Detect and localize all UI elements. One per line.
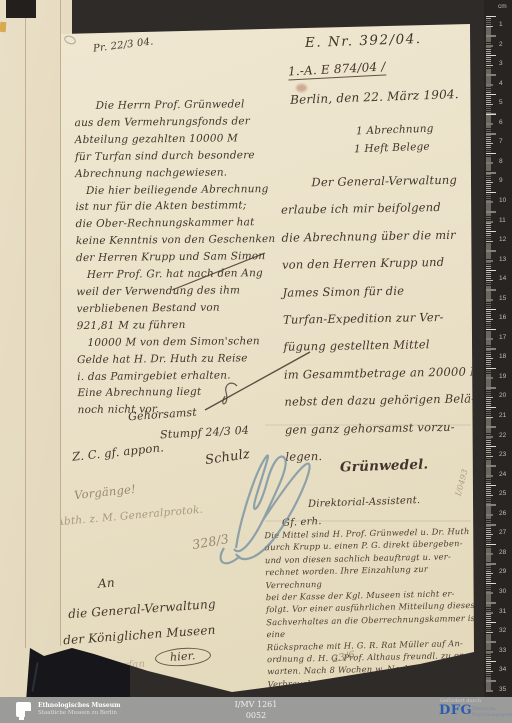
ruler-number: 32 (499, 627, 506, 634)
handwriting-line: der Herren Krupp und Sam Simon (76, 248, 281, 267)
hier-oval-mark: hier. (154, 646, 211, 668)
ruler-unit-label: cm (498, 3, 507, 10)
scanned-document-photo: { "letter": { "top_left_note": "Pr. 22/3… (0, 0, 512, 723)
handwriting-line: Turfan-Expedition zur Ver- (283, 303, 483, 334)
handwriting-line: von den Herren Krupp und (282, 248, 482, 279)
registry-number: E. Nr. 392/04. (305, 31, 422, 51)
ruler-number: 11 (499, 217, 506, 224)
schulz-signature: Schulz (204, 447, 251, 468)
handwriting-line: die Ober-Rechnungskammer hat (76, 214, 281, 233)
dfg-logo: DFG (439, 703, 472, 718)
ruler-number: 31 (499, 608, 506, 615)
binding-notch (6, 0, 36, 18)
handwriting-line: Der General-Verwaltung (280, 166, 480, 197)
approval-note: Z. C. gf. appon. (72, 440, 165, 464)
scan-number: 0052 (0, 711, 512, 720)
ruler-number: 35 (499, 686, 506, 693)
background-streak (31, 662, 38, 692)
ruler-number: 4 (499, 80, 503, 87)
letter-page: Pr. 22/3 04. E. Nr. 392/04. 1.-A. E 874/… (0, 0, 512, 723)
address-hier: hier. (155, 648, 211, 666)
gruenwedel-signature: Grünwedel. (340, 456, 429, 475)
cm-ruler: cm 1234567891011121314151617181920212223… (484, 0, 512, 700)
letter-body-text: Der General-Verwaltungerlaube ich mir be… (280, 166, 485, 471)
ruler-number: 3 (499, 60, 503, 67)
presented-note: Pr. 22/3 04. (93, 36, 155, 54)
handwriting-line: 10000 M von dem Simon'schen (77, 333, 282, 352)
ruler-number: 18 (499, 353, 506, 360)
handwriting-line: für Turfan sind durch besondere (75, 147, 280, 166)
ruler-number: 30 (499, 588, 506, 595)
dateline: Berlin, den 22. März 1904. (290, 87, 459, 107)
dfg-name-line2: Forschungsgemeinschaft (472, 712, 512, 718)
ruler-number: 26 (499, 510, 506, 517)
handwriting-line: weil der Verwendung des ihm (76, 282, 281, 301)
handwriting-line: Abteilung gezahlten 10000 M (75, 130, 280, 149)
handwriting-line: James Simon für die (282, 276, 482, 307)
ruler-number: 27 (499, 529, 506, 536)
vorgaenge-pencil-note: Vorgänge! (73, 482, 136, 502)
memo-text: Die Mittel sind H. Prof. Grünwedel u. Dr… (264, 525, 481, 691)
generalprotokoll-pencil-note: Abth. z. M. Generalprotok. (56, 504, 204, 529)
handwriting-line: Abrechnung nachgewiesen. (75, 164, 280, 183)
gf-note: Gf. erh. (282, 516, 322, 529)
handwriting-line: ist nur für die Akten bestimmt; (75, 197, 280, 216)
file-number: 1.-A. E 874/04 / (288, 59, 386, 80)
ruler-number: 15 (499, 295, 506, 302)
paper-chip (0, 22, 6, 32)
red-ink-smudge (296, 84, 307, 92)
ruler-number: 2 (499, 41, 503, 48)
ruler-number: 19 (499, 373, 506, 380)
ruler-cm-ticks (486, 16, 496, 692)
ruler-number: 17 (499, 334, 506, 341)
ruler-number: 9 (499, 177, 503, 184)
ruler-number: 7 (499, 138, 503, 145)
address-institution: der Königlichen Museen (63, 623, 216, 648)
page-fold-line (25, 0, 26, 648)
clerk-signature: Stumpf 24/3 04 (160, 424, 250, 442)
address-recipient: die General-Verwaltung (68, 597, 217, 621)
ruler-number: 6 (499, 119, 503, 126)
ruler-number: 25 (499, 490, 506, 497)
handwriting-line: Herr Prof. Gr. hat nach den Ang (76, 265, 281, 284)
ruler-number: 10 (499, 197, 506, 204)
ruler-number: 29 (499, 568, 506, 575)
ruler-number: 5 (499, 99, 503, 106)
handwriting-line: 921,81 M zu führen (77, 316, 282, 335)
ruler-number: 20 (499, 392, 506, 399)
handwriting-line: i. das Pamirgebiet erhalten. (77, 366, 282, 385)
ruler-number: 24 (499, 471, 506, 478)
ruler-number: 12 (499, 236, 506, 243)
handwriting-line: aus dem Vermehrungsfonds der (75, 113, 280, 132)
ruler-number: 23 (499, 451, 506, 458)
ruler-number: 28 (499, 549, 506, 556)
handwriting-line: Eine Abrechnung liegt (77, 383, 282, 402)
enclosure-note-2: 1 Heft Belege (354, 141, 430, 156)
shelfmark: I/MV 1261 (0, 700, 512, 709)
handwriting-line: Die Herrn Prof. Grünwedel (74, 96, 279, 115)
address-an: An (98, 575, 116, 590)
handwriting-line: erlaube ich mir beifolgend (281, 194, 481, 225)
marginal-report-text: Die Herrn Prof. Grünwedelaus dem Vermehr… (74, 96, 282, 419)
ruler-number: 14 (499, 275, 506, 282)
binding-clip (63, 34, 77, 46)
ruler-number: 8 (499, 158, 503, 165)
ruler-number: 1 (499, 21, 503, 28)
page-fold-line (60, 0, 61, 646)
enclosure-note-1: 1 Abrechnung (356, 123, 434, 138)
handwriting-line: Die hier beiliegende Abrechnung (75, 180, 280, 199)
handwriting-line: Gelde hat H. Dr. Huth zu Reise (77, 350, 282, 369)
handwriting-line: die Abrechnung über die mir (281, 221, 481, 252)
handwriting-line: verbliebenen Bestand von (76, 299, 281, 318)
ruler-number: 21 (499, 412, 506, 419)
handwriting-line: keine Kenntnis von den Geschenken (76, 231, 281, 250)
ruler-number: 16 (499, 314, 506, 321)
rotated-side-number: I/0493 (454, 468, 470, 497)
handwriting-line: fügung gestellten Mittel (283, 331, 483, 362)
handwriting-line: gen ganz gehorsamst vorzu- (285, 413, 485, 444)
ruler-number: 22 (499, 432, 506, 439)
handwriting-line: nebst den dazu gehörigen Belä- (284, 385, 484, 416)
pencil-number-328: 328/3 (191, 531, 230, 552)
ruler-number: 13 (499, 256, 506, 263)
handwriting-line: im Gesammtbetrage an 20000 M (284, 358, 484, 389)
signature-title: Direktorial-Assistent. (308, 495, 421, 510)
ruler-number: 33 (499, 647, 506, 654)
ruler-number: 34 (499, 666, 506, 673)
